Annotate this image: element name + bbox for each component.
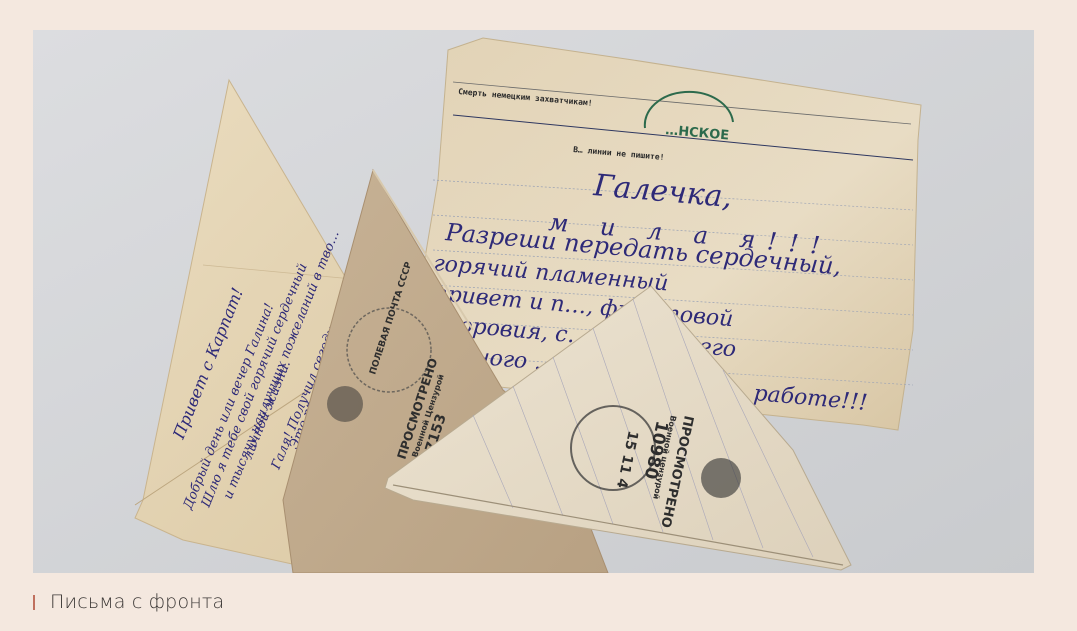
photo-caption: Письма с фронта — [33, 590, 224, 614]
caption-accent-bar — [33, 595, 35, 610]
photo-front-letters: Смерть немецким захватчикам! …НСКОЕ В… л… — [33, 30, 1034, 573]
caption-text: Письма с фронта — [50, 591, 224, 613]
